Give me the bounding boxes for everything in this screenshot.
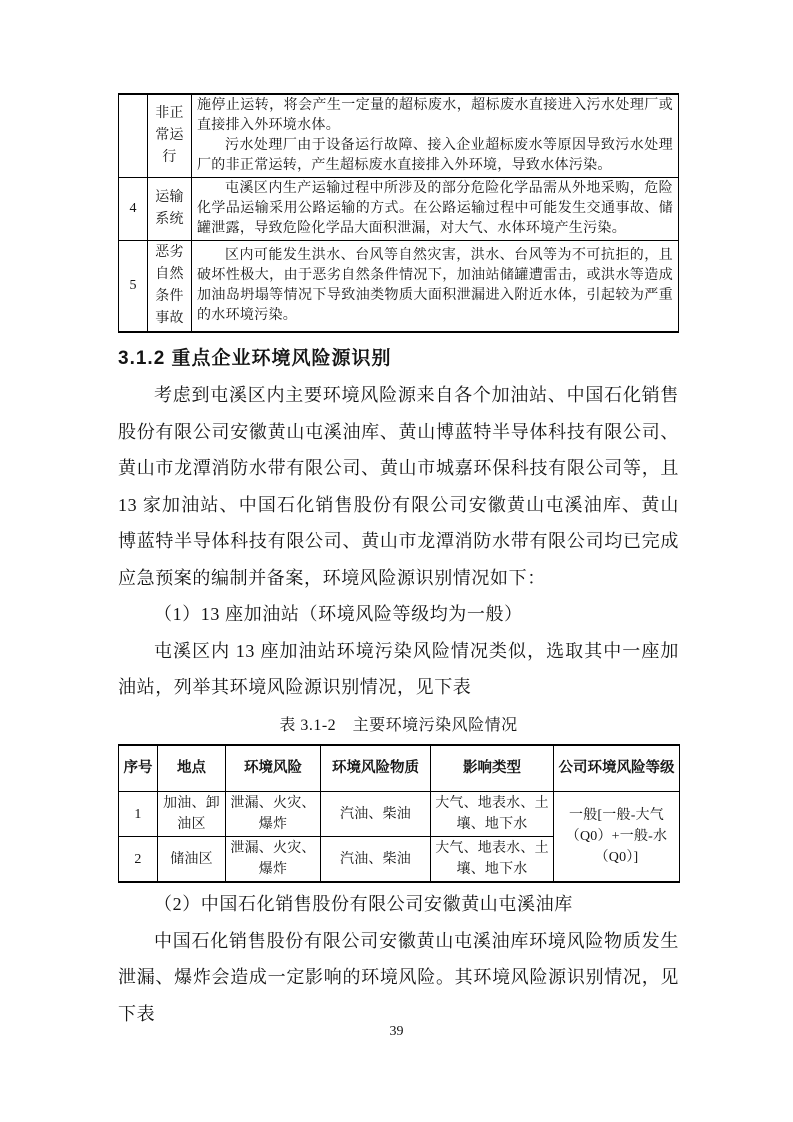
list-item-2: （2）中国石化销售股份有限公司安徽黄山屯溪油库 [118, 886, 679, 923]
header-company-risk-level: 公司环境风险等级 [554, 745, 680, 792]
section-body-continued: （2）中国石化销售股份有限公司安徽黄山屯溪油库 中国石化销售股份有限公司安徽黄山… [118, 886, 679, 1032]
header-index: 序号 [119, 745, 158, 792]
row-label-cell: 非正常运行 [148, 94, 192, 178]
table-row-abnormal-operation: 非正常运行 施停止运转，将会产生一定量的超标废水，超标废水直接进入污水处理厂或直… [119, 94, 679, 178]
cell-risk: 泄漏、火灾、爆炸 [226, 792, 321, 837]
table-header-row: 序号 地点 环境风险 环境风险物质 影响类型 公司环境风险等级 [119, 745, 680, 792]
paragraph-overview: 考虑到屯溪区内主要环境风险源来自各个加油站、中国石化销售股份有限公司安徽黄山屯溪… [118, 377, 679, 596]
cell-risk: 泄漏、火灾、爆炸 [226, 837, 321, 883]
description-paragraph: 屯溪区内生产运输过程中所涉及的部分危险化学品需从外地采购，危险化学品运输采用公路… [197, 179, 673, 239]
table-row-severe-natural-condition: 5 恶劣自然条件事故 区内可能发生洪水、台风等自然灾害，洪水、台风等为不可抗拒的… [119, 241, 679, 333]
header-substance: 环境风险物质 [321, 745, 431, 792]
cell-index: 1 [119, 792, 158, 837]
table-row-transport-system: 4 运输系统 屯溪区内生产运输过程中所涉及的部分危险化学品需从外地采购，危险化学… [119, 178, 679, 241]
row-number-cell: 4 [119, 178, 148, 241]
description-paragraph: 区内可能发生洪水、台风等自然灾害，洪水、台风等为不可抗拒的，且破坏性极大，由于恶… [197, 246, 673, 326]
header-impact-type: 影响类型 [431, 745, 554, 792]
cell-impact: 大气、地表水、土壤、地下水 [431, 837, 554, 883]
page-number: 39 [0, 1024, 793, 1040]
row-description-cell: 区内可能发生洪水、台风等自然灾害，洪水、台风等为不可抗拒的，且破坏性极大，由于恶… [192, 241, 679, 333]
row-description-cell: 施停止运转，将会产生一定量的超标废水，超标废水直接进入污水处理厂或直接排入外环境… [192, 94, 679, 178]
description-paragraph: 污水处理厂由于设备运行故障、接入企业超标废水等原因导致污水处理厂的非正常运转，产… [197, 136, 673, 176]
risk-source-table-continued: 非正常运行 施停止运转，将会产生一定量的超标废水，超标废水直接进入污水处理厂或直… [118, 93, 679, 333]
table-caption: 表 3.1-2 主要环境污染风险情况 [118, 715, 679, 737]
list-item-1: （1）13 座加油站（环境风险等级均为一般） [118, 596, 679, 633]
cell-impact: 大气、地表水、土壤、地下水 [431, 792, 554, 837]
document-page: 非正常运行 施停止运转，将会产生一定量的超标废水，超标废水直接进入污水处理厂或直… [0, 0, 793, 1122]
cell-substance: 汽油、柴油 [321, 837, 431, 883]
cell-index: 2 [119, 837, 158, 883]
header-risk: 环境风险 [226, 745, 321, 792]
section-body: 考虑到屯溪区内主要环境风险源来自各个加油站、中国石化销售股份有限公司安徽黄山屯溪… [118, 377, 679, 706]
row-description-cell: 屯溪区内生产运输过程中所涉及的部分危险化学品需从外地采购，危险化学品运输采用公路… [192, 178, 679, 241]
table-row: 1 加油、卸油区 泄漏、火灾、爆炸 汽油、柴油 大气、地表水、土壤、地下水 一般… [119, 792, 680, 837]
row-number-cell [119, 94, 148, 178]
row-label-cell: 运输系统 [148, 178, 192, 241]
header-location: 地点 [158, 745, 226, 792]
cell-location: 储油区 [158, 837, 226, 883]
description-paragraph: 施停止运转，将会产生一定量的超标废水，超标废水直接进入污水处理厂或直接排入外环境… [197, 96, 673, 136]
paragraph-gas-stations: 屯溪区内 13 座加油站环境污染风险情况类似，选取其中一座加油站，列举其环境风险… [118, 633, 679, 706]
cell-location: 加油、卸油区 [158, 792, 226, 837]
pollution-risk-table: 序号 地点 环境风险 环境风险物质 影响类型 公司环境风险等级 1 加油、卸油区… [118, 744, 680, 884]
row-label-cell: 恶劣自然条件事故 [148, 241, 192, 333]
row-number-cell: 5 [119, 241, 148, 333]
paragraph-oil-depot: 中国石化销售股份有限公司安徽黄山屯溪油库环境风险物质发生泄漏、爆炸会造成一定影响… [118, 923, 679, 1033]
cell-company-risk-level: 一般[一般-大气（Q0）+一般-水（Q0）] [554, 792, 680, 883]
section-heading: 3.1.2 重点企业环境风险源识别 [118, 346, 679, 372]
cell-substance: 汽油、柴油 [321, 792, 431, 837]
